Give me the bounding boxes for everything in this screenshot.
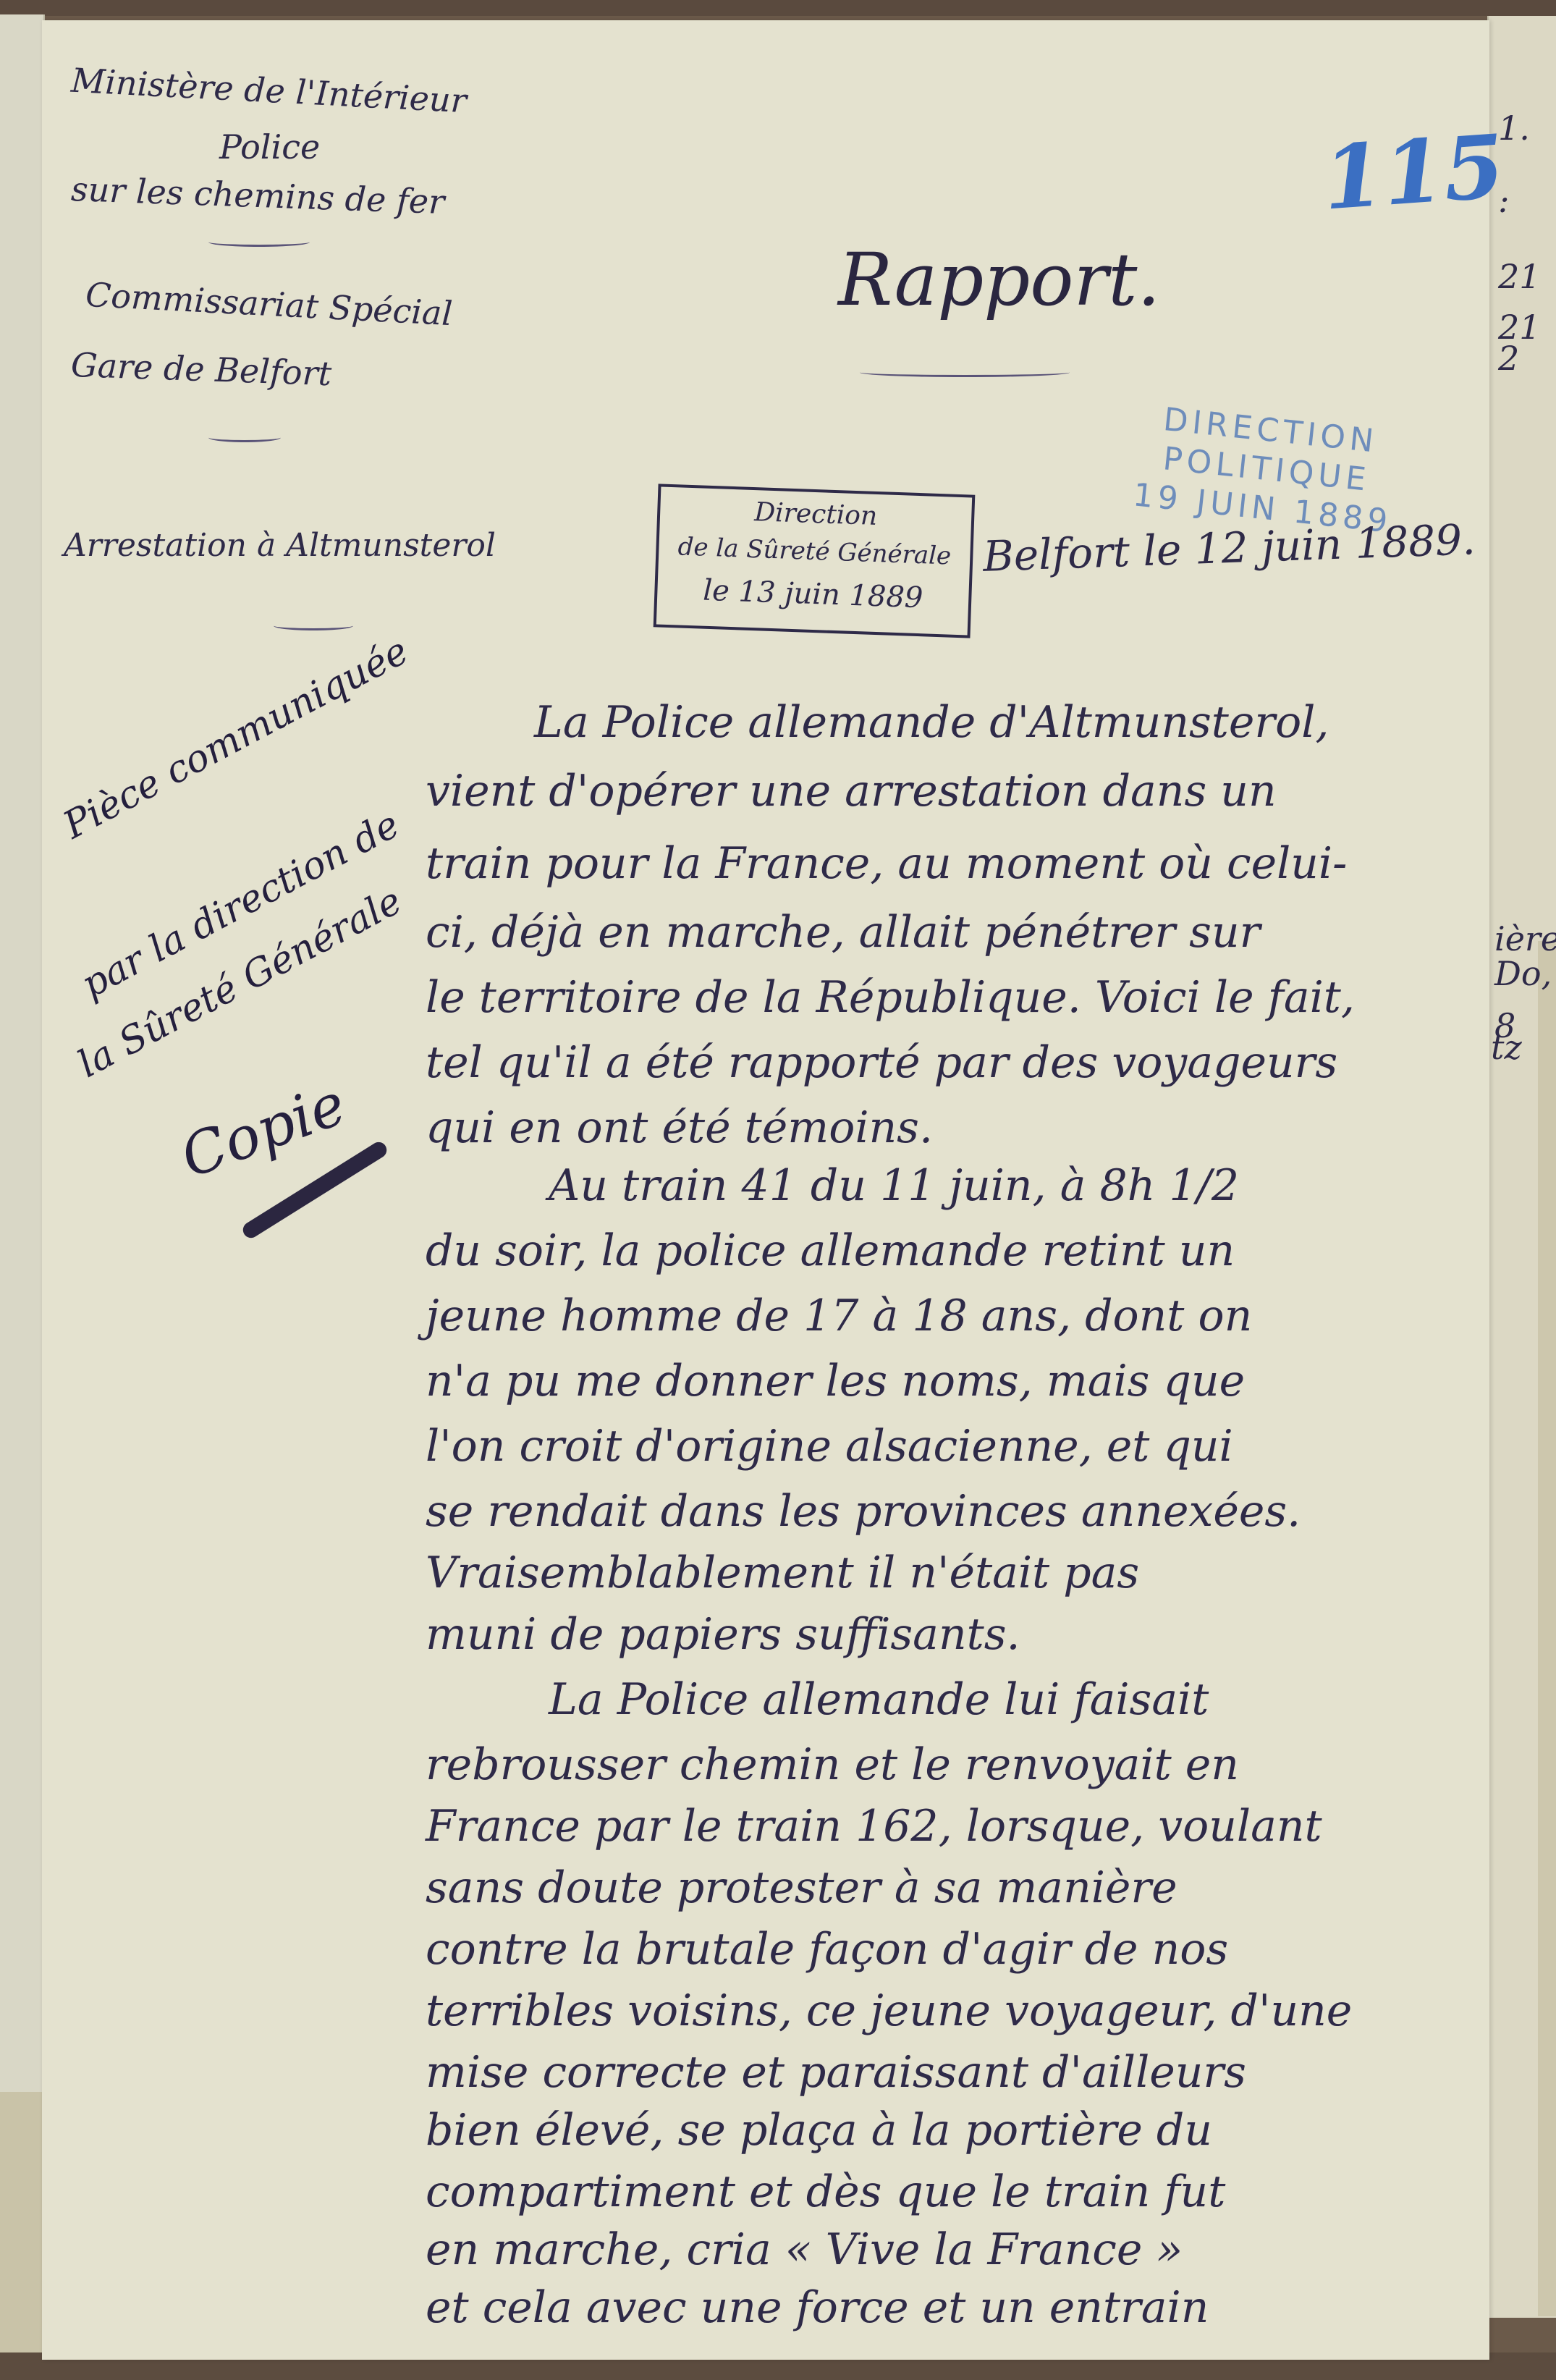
body-line: en marche, cria « Vive la France » xyxy=(426,2224,1183,2275)
body-line: ci, déjà en marche, allait pénétrer sur xyxy=(426,907,1260,958)
body-line: bien élevé, se plaça à la portière du xyxy=(426,2105,1212,2156)
background-top xyxy=(0,0,1556,16)
divider-squiggle xyxy=(208,237,310,247)
body-line: le territoire de la République. Voici le… xyxy=(426,972,1355,1023)
body-line: terribles voisins, ce jeune voyageur, d'… xyxy=(426,1986,1352,2036)
body-line: La Police allemande d'Altmunsterol, xyxy=(534,697,1329,748)
underlying-mark: 1. xyxy=(1498,109,1530,148)
underlying-mark: tz xyxy=(1491,1028,1522,1067)
body-line: contre la brutale façon d'agir de nos xyxy=(426,1924,1228,1975)
title-underline-squiggle xyxy=(860,368,1070,377)
office-heading: Commissariat Spécial xyxy=(85,275,454,333)
body-line: sans doute protester à sa manière xyxy=(426,1862,1177,1913)
underlying-mark: Do, xyxy=(1494,954,1552,993)
service-heading: Police xyxy=(219,127,320,166)
body-line: mise correcte et paraissant d'ailleurs xyxy=(426,2047,1246,2098)
body-line: train pour la France, au moment où celui… xyxy=(426,838,1347,889)
body-line: tel qu'il a été rapporté par des voyageu… xyxy=(426,1037,1337,1088)
folio-number: 115 xyxy=(1319,115,1508,229)
document-title: Rapport. xyxy=(838,237,1160,322)
underlying-mark: 21 xyxy=(1498,257,1541,296)
body-line: France par le train 162, lorsque, voulan… xyxy=(426,1801,1322,1852)
underlying-sheet-left xyxy=(0,14,45,2114)
receipt-line-1: Direction xyxy=(660,494,972,535)
subject-heading: Arrestation à Altmunsterol xyxy=(64,527,496,564)
body-line: du soir, la police allemande retint un xyxy=(426,1225,1235,1276)
body-line: l'on croit d'origine alsacienne, et qui xyxy=(426,1421,1233,1472)
body-line: La Police allemande lui faisait xyxy=(549,1674,1209,1725)
body-line: n'a pu me donner les noms, mais que xyxy=(426,1356,1245,1406)
station-heading: Gare de Belfort xyxy=(70,345,332,394)
underlying-mark: ière xyxy=(1494,919,1556,958)
divider-squiggle xyxy=(208,433,281,442)
body-line: Au train 41 du 11 juin, à 8h 1/2 xyxy=(549,1160,1239,1211)
body-line: Vraisemblablement il n'était pas xyxy=(426,1548,1139,1598)
ministry-heading: Ministère de l'Intérieur xyxy=(70,61,468,121)
body-line: et cela avec une force et un entrain xyxy=(426,2282,1209,2333)
body-line: se rendait dans les provinces annexées. xyxy=(426,1486,1301,1537)
receipt-line-2: de la Sûreté Générale xyxy=(659,532,971,572)
place-date: Belfort le 12 juin 1889. xyxy=(982,515,1476,581)
body-line: jeune homme de 17 à 18 ans, dont on xyxy=(426,1291,1252,1341)
body-line: muni de papiers suffisants. xyxy=(426,1609,1020,1660)
underlying-sheet-left-bottom xyxy=(0,2092,43,2380)
scope-heading: sur les chemins de fer xyxy=(70,169,445,221)
body-line: qui en ont été témoins. xyxy=(426,1102,933,1153)
underlying-sheet-right-edge xyxy=(1538,941,1556,2316)
underlying-mark: 2 xyxy=(1498,339,1519,378)
body-line: vient d'opérer une arrestation dans un xyxy=(426,766,1277,816)
divider-squiggle xyxy=(274,621,353,630)
body-line: rebrousser chemin et le renvoyait en xyxy=(426,1739,1239,1790)
receipt-line-3: le 13 juin 1889 xyxy=(657,572,969,616)
body-line: compartiment et dès que le train fut xyxy=(426,2166,1225,2217)
document-page: Ministère de l'Intérieur Police sur les … xyxy=(42,20,1489,2360)
surete-generale-receipt-box: Direction de la Sûreté Générale le 13 ju… xyxy=(654,484,976,638)
